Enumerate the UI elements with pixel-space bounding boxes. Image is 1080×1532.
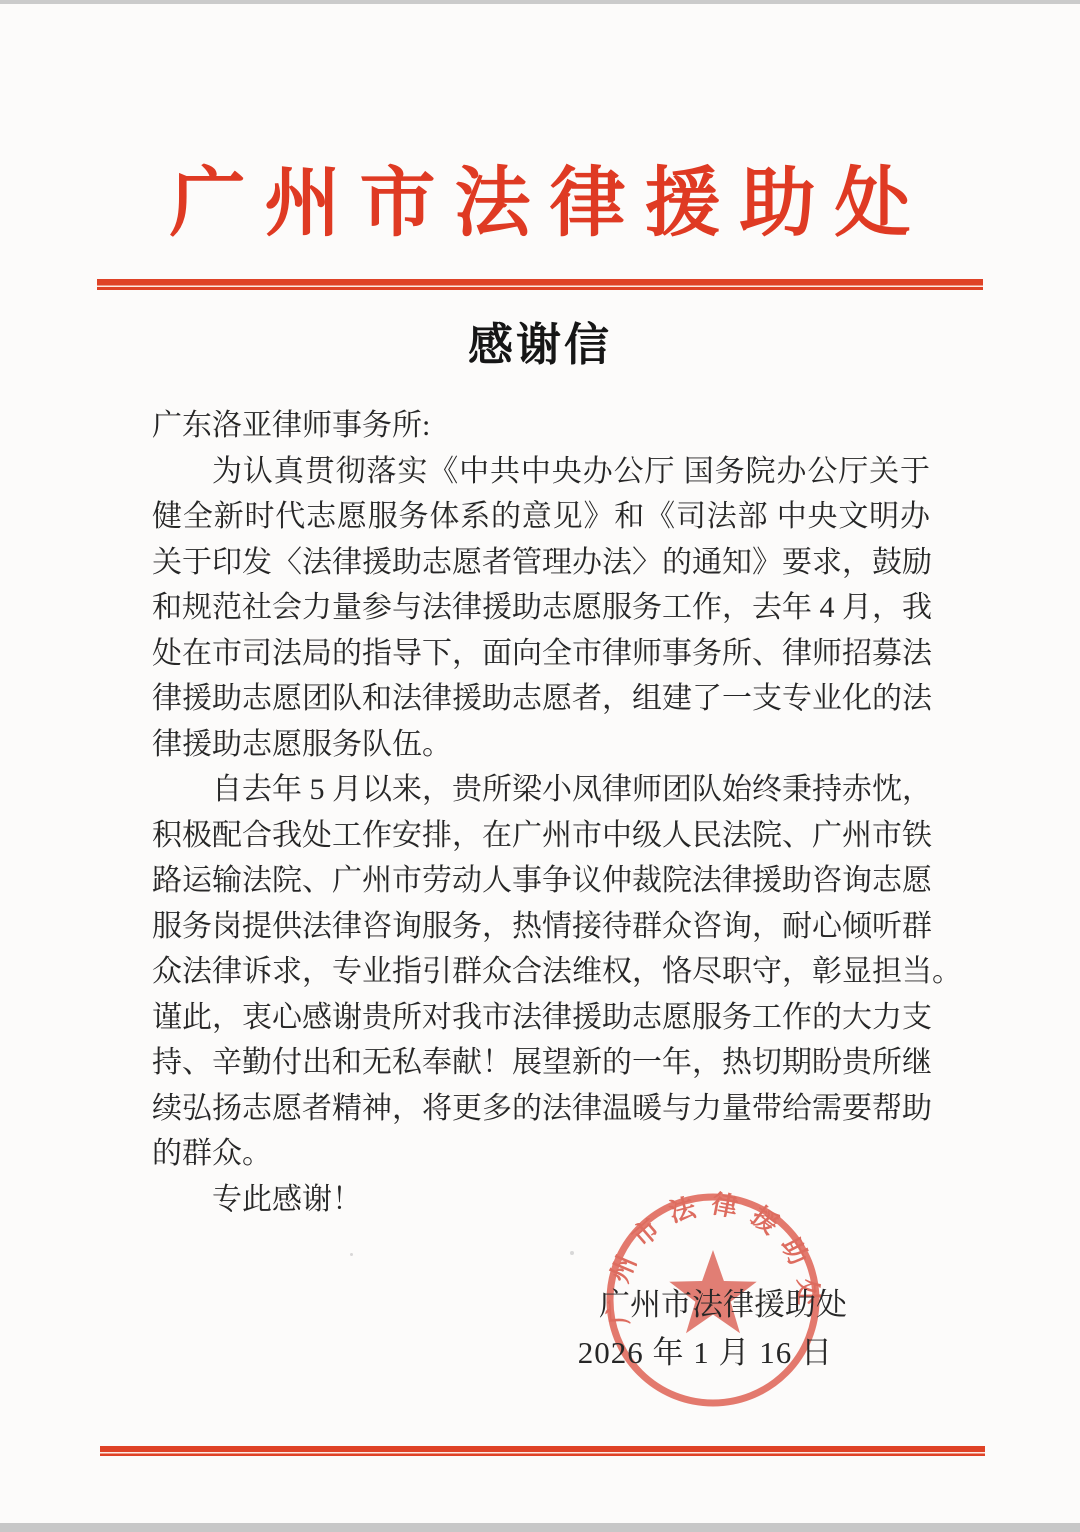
body-line: 律援助志愿服务队伍。 (152, 722, 930, 768)
body-line: 众法律诉求，专业指引群众合法维权，恪尽职守，彰显担当。 (152, 949, 930, 995)
body-line: 持、辛勤付出和无私奉献！展望新的一年，热切期盼贵所继 (152, 1040, 930, 1086)
signature-block: 广州市法律援助处 2026 年 1 月 16 日 (540, 1282, 847, 1375)
letterhead-rule (97, 279, 983, 290)
signature-date: 2026 年 1 月 16 日 (540, 1330, 847, 1375)
footer-rule (100, 1446, 985, 1456)
body-line: 的群众。 (152, 1131, 930, 1177)
body-line: 律援助志愿团队和法律援助志愿者，组建了一支专业化的法 (152, 676, 930, 722)
body-line: 服务岗提供法律咨询服务，热情接待群众咨询，耐心倾听群 (152, 904, 930, 950)
body-line: 健全新时代志愿服务体系的意见》和《司法部 中央文明办 (152, 494, 930, 540)
letter-title: 感谢信 (0, 308, 1080, 373)
body-line: 续弘扬志愿者精神，将更多的法律温暖与力量带给需要帮助 (152, 1086, 930, 1132)
body-line: 和规范社会力量参与法律援助志愿服务工作，去年 4 月，我 (152, 585, 930, 631)
body-line: 关于印发〈法律援助志愿者管理办法〉的通知》要求，鼓励 (152, 540, 930, 586)
scan-speck (570, 1251, 574, 1255)
body-line: 路运输法院、广州市劳动人事争议仲裁院法律援助咨询志愿 (152, 858, 930, 904)
salutation-line: 广东洛亚律师事务所: (152, 403, 930, 449)
body-line: 自去年 5 月以来，贵所梁小凤律师团队始终秉持赤忱， (152, 767, 930, 813)
photo-edge-top (0, 0, 1080, 4)
letterhead-title: 广州市法律援助处 (0, 142, 1080, 251)
letter-body: 广东洛亚律师事务所: 为认真贯彻落实《中共中央办公厅 国务院办公厅关于 健全新时… (152, 403, 930, 1222)
letter-page: { "page": { "letterhead": "广州市法律援助处", "t… (0, 0, 1080, 1532)
body-line: 为认真贯彻落实《中共中央办公厅 国务院办公厅关于 (152, 449, 930, 495)
body-line: 谨此，衷心感谢贵所对我市法律援助志愿服务工作的大力支 (152, 995, 930, 1041)
signature-org: 广州市法律援助处 (540, 1282, 847, 1327)
body-line: 处在市司法局的指导下，面向全市律师事务所、律师招募法 (152, 631, 930, 677)
photo-edge-bottom (0, 1523, 1080, 1532)
body-line: 积极配合我处工作安排，在广州市中级人民法院、广州市铁 (152, 813, 930, 859)
scan-speck (350, 1253, 353, 1256)
